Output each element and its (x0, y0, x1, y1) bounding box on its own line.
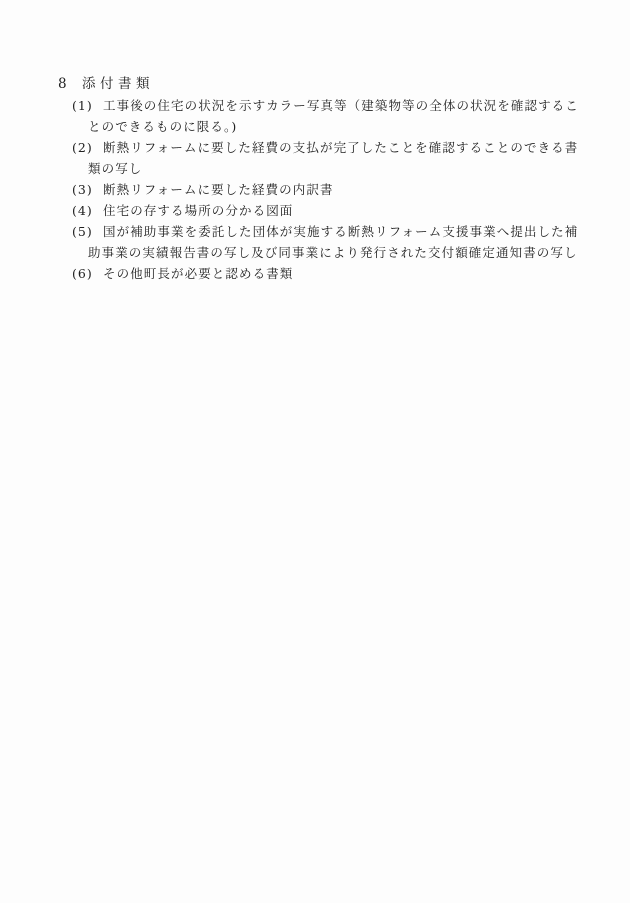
item-text: 断熱リフォームに要した経費の内訳書 (103, 182, 334, 197)
list-item-line: (2)断熱リフォームに要した経費の支払が完了したことを確認することのできる書 (72, 137, 630, 158)
item-number: (1) (72, 95, 103, 116)
item-text: 住宅の存する場所の分かる図面 (103, 203, 293, 218)
list-item: (3)断熱リフォームに要した経費の内訳書 (72, 179, 630, 200)
document-content: 8添付書類 (1)工事後の住宅の状況を示すカラー写真等（建築物等の全体の状況を確… (0, 74, 630, 284)
item-number: (4) (72, 200, 103, 221)
item-text: 工事後の住宅の状況を示すカラー写真等（建築物等の全体の状況を確認するこ (103, 98, 579, 113)
item-number: (6) (72, 263, 103, 284)
item-text: その他町長が必要と認める書類 (103, 266, 293, 281)
item-number: (2) (72, 137, 103, 158)
item-number: (3) (72, 179, 103, 200)
section-heading: 8添付書類 (58, 74, 630, 95)
item-text: 断熱リフォームに要した経費の支払が完了したことを確認することのできる書 (103, 140, 578, 155)
item-number: (5) (72, 221, 103, 242)
document-page: 8添付書類 (1)工事後の住宅の状況を示すカラー写真等（建築物等の全体の状況を確… (0, 0, 630, 903)
list-item-line: (6)その他町長が必要と認める書類 (72, 263, 630, 284)
list-item: (4)住宅の存する場所の分かる図面 (72, 200, 630, 221)
item-text-continued: 助事業の実績報告書の写し及び同事業により発行された交付額確定通知書の写し (88, 242, 630, 263)
list-item-line: (4)住宅の存する場所の分かる図面 (72, 200, 630, 221)
section-number: 8 (58, 74, 82, 95)
attachment-list: (1)工事後の住宅の状況を示すカラー写真等（建築物等の全体の状況を確認するこ と… (72, 95, 630, 284)
list-item: (2)断熱リフォームに要した経費の支払が完了したことを確認することのできる書 類… (72, 137, 630, 179)
item-text-continued: とのできるものに限る。) (88, 116, 630, 137)
list-item-line: (5)国が補助事業を委託した団体が実施する断熱リフォーム支援事業へ提出した補 (72, 221, 630, 242)
item-text: 国が補助事業を委託した団体が実施する断熱リフォーム支援事業へ提出した補 (103, 224, 578, 239)
list-item: (6)その他町長が必要と認める書類 (72, 263, 630, 284)
item-text-continued: 類の写し (88, 158, 630, 179)
list-item: (1)工事後の住宅の状況を示すカラー写真等（建築物等の全体の状況を確認するこ と… (72, 95, 630, 137)
list-item-line: (3)断熱リフォームに要した経費の内訳書 (72, 179, 630, 200)
list-item: (5)国が補助事業を委託した団体が実施する断熱リフォーム支援事業へ提出した補 助… (72, 221, 630, 263)
list-item-line: (1)工事後の住宅の状況を示すカラー写真等（建築物等の全体の状況を確認するこ (72, 95, 630, 116)
section-title: 添付書類 (82, 76, 154, 92)
